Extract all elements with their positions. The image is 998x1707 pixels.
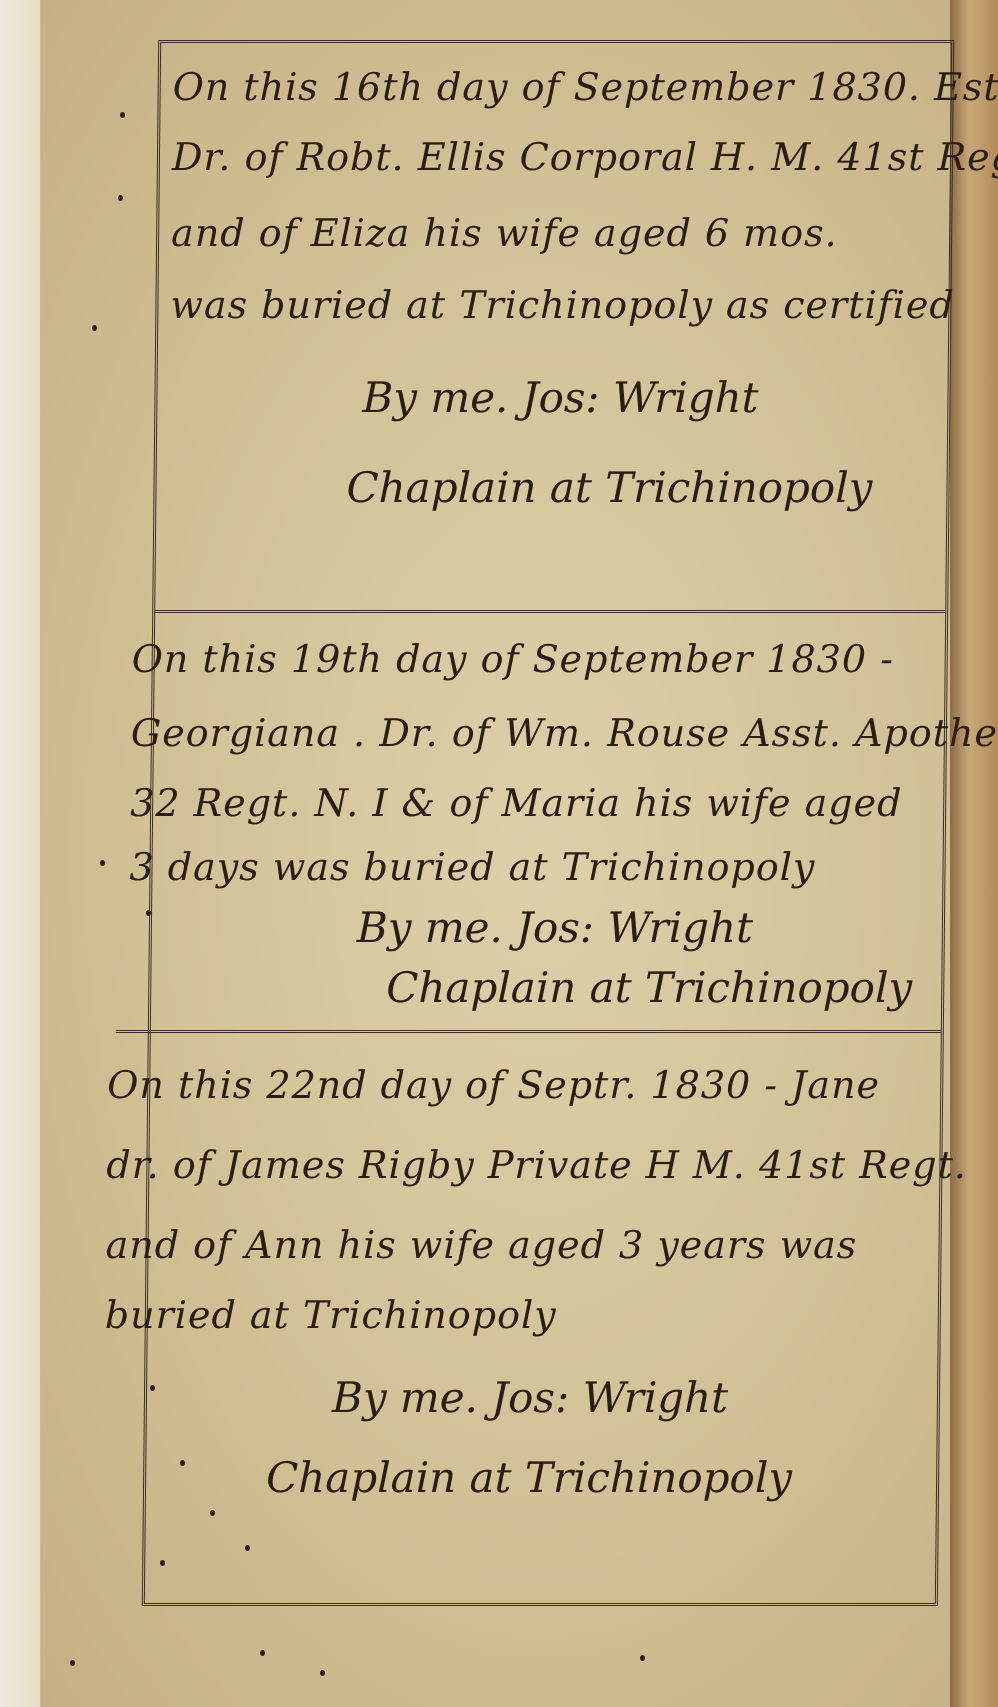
burial-entry-3: On this 22nd day of Septr. 1830 - Jane d… — [90, 1033, 941, 1603]
ruled-frame: On this 16th day of September 1830. Esth… — [142, 40, 954, 1606]
entry-3-line-3: and of Ann his wife aged 3 years was — [105, 1223, 857, 1267]
entry-2-line-2: Georgiana . Dr. of Wm. Rouse Asst. Apoth… — [131, 711, 998, 755]
entry-1-line-1: On this 16th day of September 1830. Esth… — [172, 65, 998, 109]
entry-2-line-1: On this 19th day of September 1830 - — [131, 637, 894, 681]
ink-speck — [120, 112, 125, 118]
ink-speck — [70, 1660, 75, 1666]
entry-3-line-4: buried at Trichinopoly — [105, 1293, 557, 1337]
entry-1-line-4: was buried at Trichinopoly as certified — [170, 283, 955, 327]
ink-speck — [100, 860, 105, 866]
entry-2-line-3: 32 Regt. N. I & of Maria his wife aged — [130, 781, 903, 825]
burial-entry-1: On this 16th day of September 1830. Esth… — [155, 43, 951, 613]
ink-speck — [260, 1650, 265, 1656]
ink-speck — [150, 1385, 155, 1391]
entry-1-chaplain-title: Chaplain at Trichinopoly — [346, 463, 872, 512]
entry-2-line-4: 3 days was buried at Trichinopoly — [129, 845, 815, 889]
ink-speck — [210, 1510, 215, 1516]
ink-speck — [180, 1460, 185, 1466]
ink-speck — [245, 1545, 250, 1551]
entry-1-signature: By me. Jos: Wright — [362, 373, 759, 422]
entry-1-line-3: and of Eliza his wife aged 6 mos. — [171, 211, 838, 255]
ink-speck — [160, 1560, 165, 1566]
burial-entry-2: On this 19th day of September 1830 - Geo… — [116, 613, 945, 1033]
entry-2-chaplain-title: Chaplain at Trichinopoly — [386, 963, 912, 1012]
ink-speck — [146, 910, 151, 916]
entry-3-signature: By me. Jos: Wright — [332, 1373, 729, 1422]
entry-2-signature: By me. Jos: Wright — [357, 903, 754, 952]
ink-speck — [640, 1655, 645, 1661]
ink-speck — [92, 325, 97, 331]
entry-3-line-2: dr. of James Rigby Private H M. 41st Reg… — [106, 1143, 967, 1187]
entry-3-line-1: On this 22nd day of Septr. 1830 - Jane — [107, 1063, 880, 1107]
entry-3-chaplain-title: Chaplain at Trichinopoly — [266, 1453, 792, 1502]
book-edge — [950, 0, 998, 1707]
ink-speck — [118, 195, 123, 201]
entry-1-line-2: Dr. of Robt. Ellis Corporal H. M. 41st R… — [172, 135, 998, 179]
ink-speck — [320, 1670, 325, 1676]
